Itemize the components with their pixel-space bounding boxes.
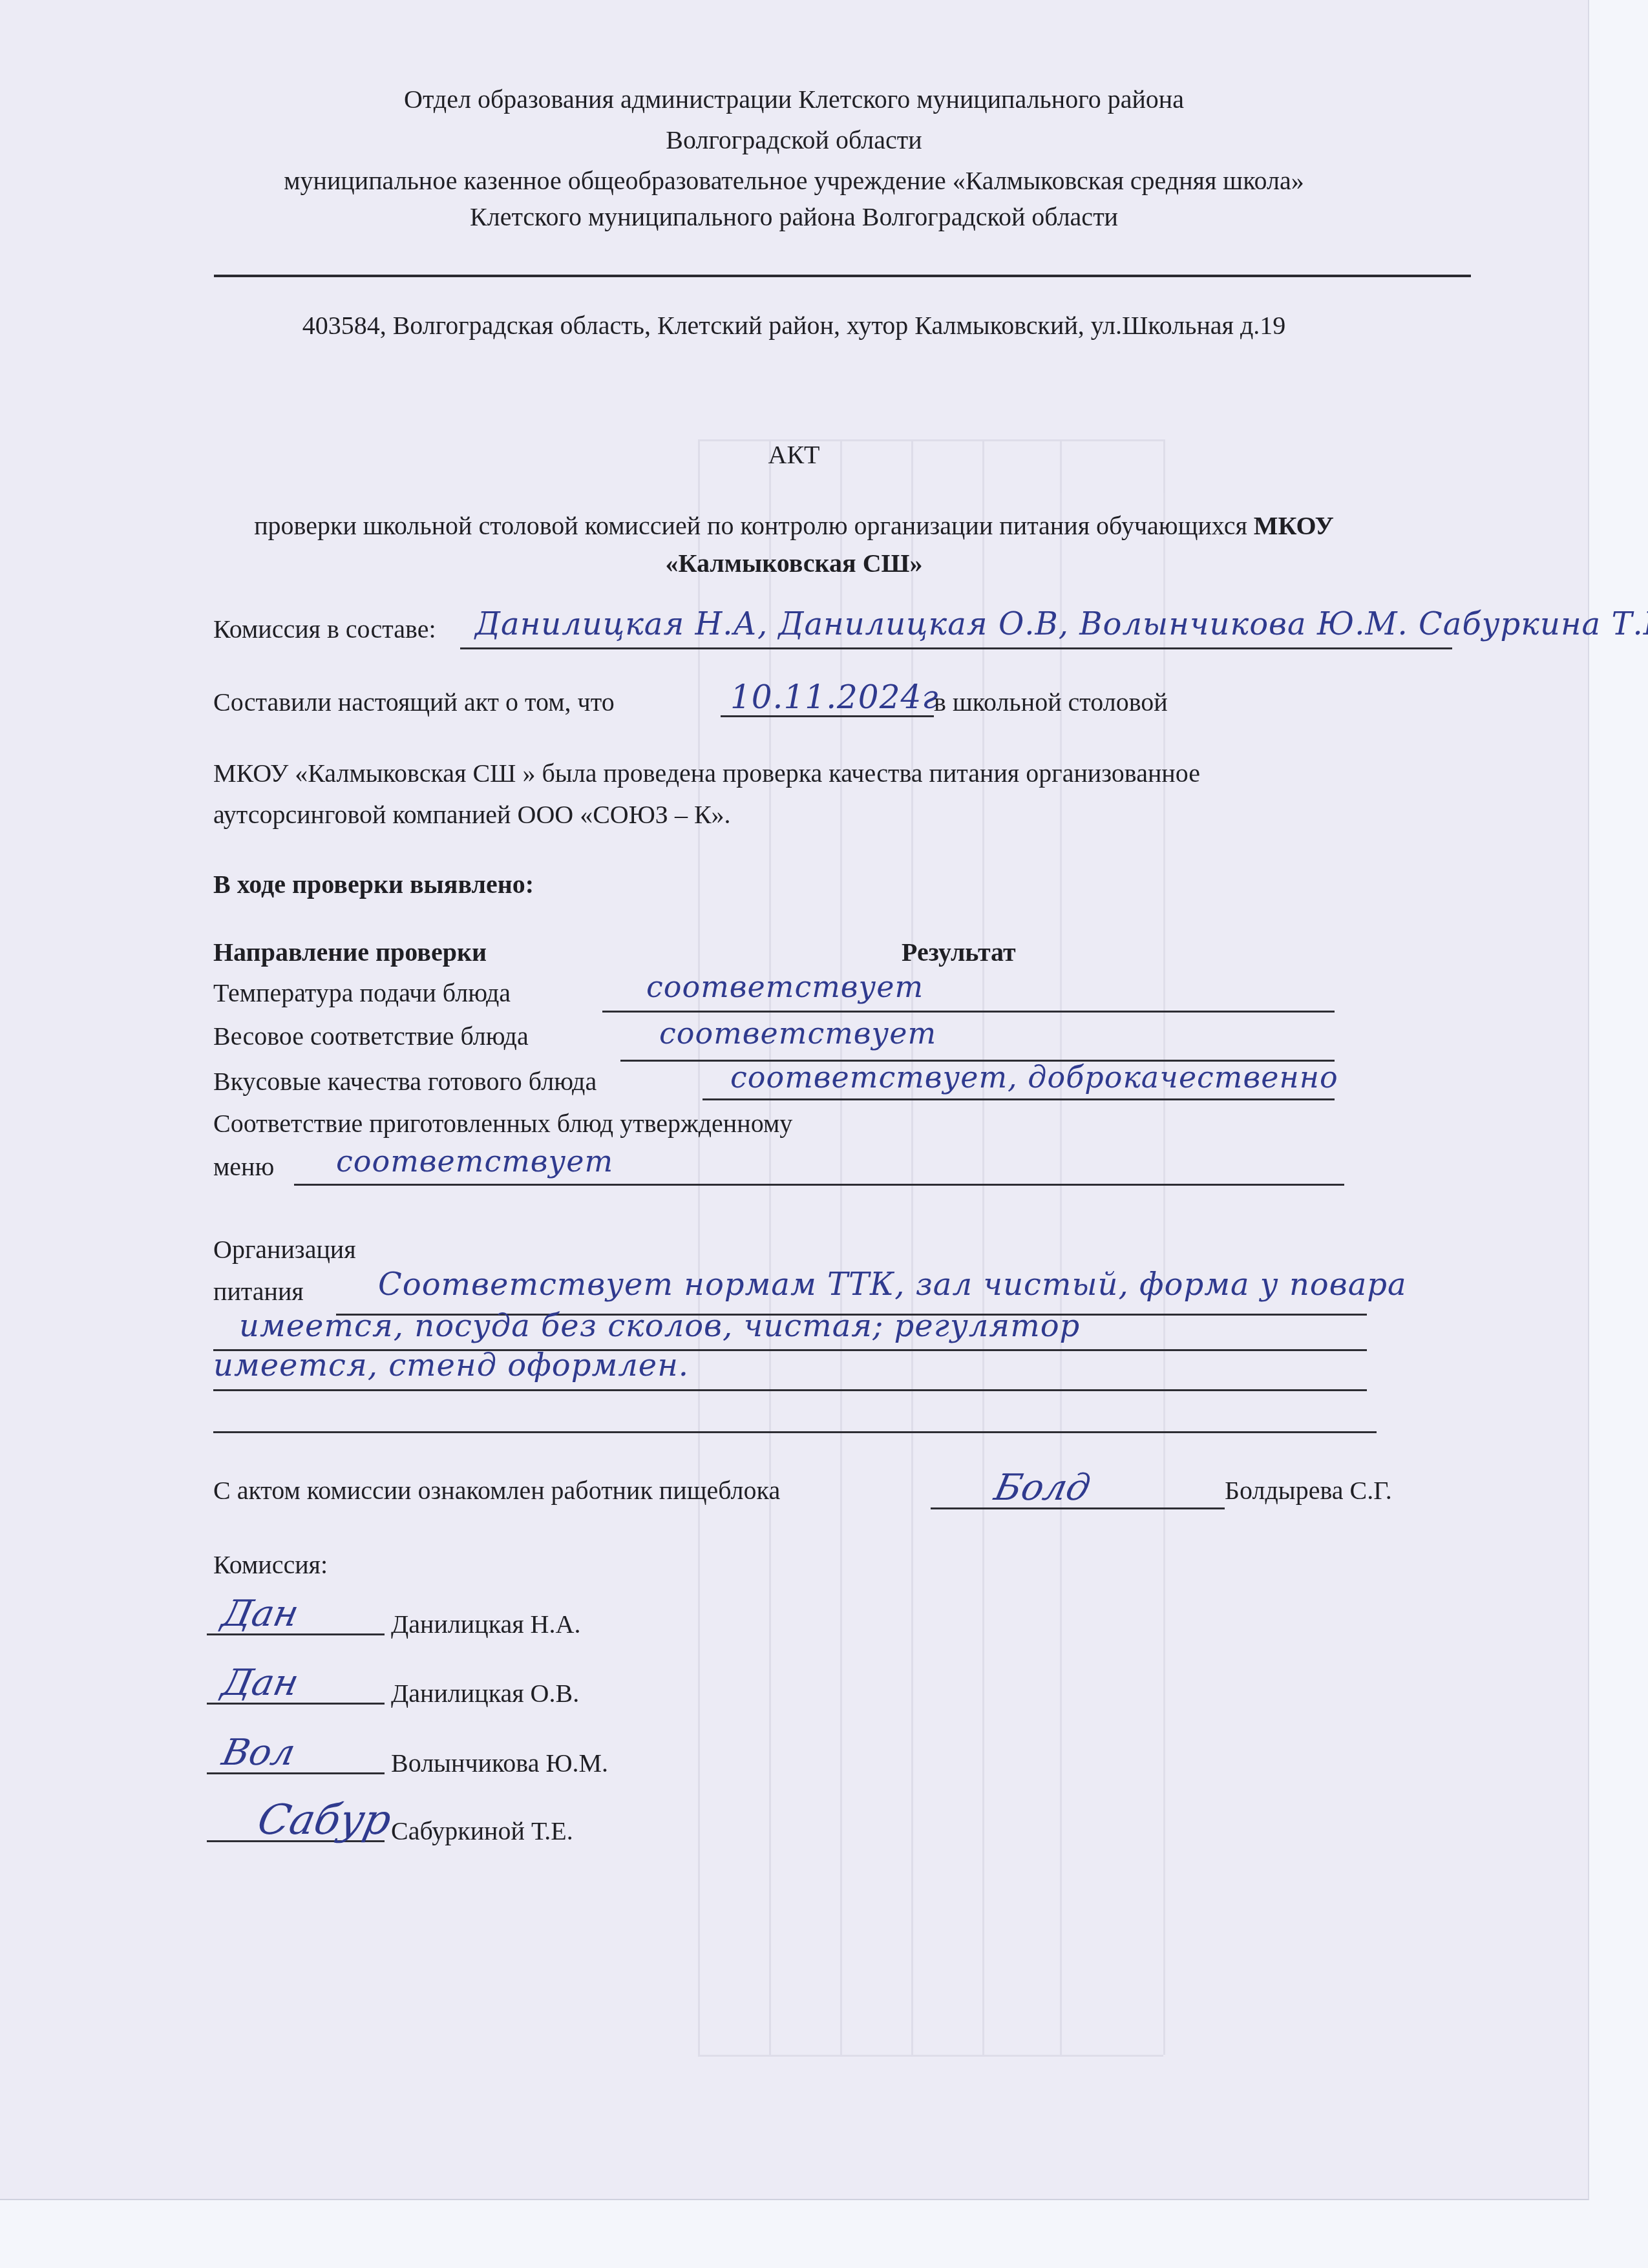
signatories-label: Комиссия: xyxy=(213,1549,328,1580)
check-label-menu: Соответствие приготовленных блюд утвержд… xyxy=(213,1108,792,1139)
header-address: 403584, Волгоградская область, Клетский … xyxy=(0,310,1588,341)
column-result: Результат xyxy=(902,937,1016,968)
commission-members-handwritten: Данилицкая Н.А, Данилицкая О.В, Волынчик… xyxy=(475,606,1648,642)
check-result-weight: соответствует xyxy=(659,1016,936,1051)
signatory-name-1: Данилицкая Н.А. xyxy=(391,1609,580,1640)
act-subtitle-school-name: «Калмыковская СШ» xyxy=(0,548,1588,579)
check-label-menu-cont: меню xyxy=(213,1151,274,1182)
acknowledgement-signature: Болд xyxy=(991,1467,1094,1509)
signature-2: Дан xyxy=(218,1662,302,1704)
organization-underline-3 xyxy=(213,1389,1367,1391)
check-label-temperature: Температура подачи блюда xyxy=(213,978,511,1009)
scanned-page: Отдел образования администрации Клетског… xyxy=(0,0,1589,2200)
check-label-organization: Организация xyxy=(213,1234,356,1265)
signatory-name-4: Сабуркиной Т.Е. xyxy=(391,1816,573,1847)
signatory-name-2: Данилицкая О.В. xyxy=(391,1678,579,1709)
check-underline-taste xyxy=(703,1098,1335,1100)
findings-heading: В ходе проверки выявлено: xyxy=(213,869,534,900)
check-label-weight: Весовое соответствие блюда xyxy=(213,1021,529,1052)
header-divider xyxy=(214,275,1471,277)
date-handwritten: 10.11.2024г xyxy=(730,678,939,716)
date-suffix: в школьной столовой xyxy=(934,687,1168,718)
check-underline-menu xyxy=(294,1184,1344,1186)
organization-result-line-2: имеется, посуда без сколов, чистая; регу… xyxy=(239,1308,1080,1344)
check-label-organization-cont: питания xyxy=(213,1276,304,1307)
header-department: Отдел образования администрации Клетског… xyxy=(0,84,1588,115)
acknowledgement-name: Болдырева С.Г. xyxy=(1225,1475,1392,1506)
check-result-menu: соответствует xyxy=(336,1144,613,1179)
organization-result-line-3: имеется, стенд оформлен. xyxy=(213,1347,689,1383)
act-heading: АКТ xyxy=(0,439,1588,470)
signature-3: Вол xyxy=(218,1732,299,1774)
act-subtitle: проверки школьной столовой комиссией по … xyxy=(0,510,1588,541)
column-direction: Направление проверки xyxy=(213,937,487,968)
acknowledgement-text: С актом комиссии ознакомлен работник пищ… xyxy=(213,1475,780,1506)
date-prefix: Составили настоящий акт о том, что xyxy=(213,687,615,718)
header-region: Волгоградской области xyxy=(0,125,1588,156)
organization-underline-4 xyxy=(213,1431,1377,1433)
check-result-temperature: соответствует xyxy=(646,969,924,1004)
act-subtitle-school: МКОУ xyxy=(1254,511,1334,540)
header-district: Клетского муниципального района Волгогра… xyxy=(0,202,1588,233)
signature-4: Сабур xyxy=(253,1796,396,1844)
intro-line-2: аутсорсинговой компанией ООО «СОЮЗ – К». xyxy=(213,799,731,830)
commission-underline xyxy=(460,647,1452,649)
intro-line-1: МКОУ «Калмыковская СШ » была проведена п… xyxy=(213,758,1200,789)
signature-1: Дан xyxy=(218,1593,302,1635)
header-institution: муниципальное казенное общеобразовательн… xyxy=(0,165,1588,196)
organization-result-line-1: Соответствует нормам ТТК, зал чистый, фо… xyxy=(378,1266,1407,1303)
check-label-taste: Вкусовые качества готового блюда xyxy=(213,1066,597,1097)
signatory-name-3: Волынчикова Ю.М. xyxy=(391,1748,608,1779)
check-underline-temperature xyxy=(602,1011,1335,1013)
act-subtitle-text: проверки школьной столовой комиссией по … xyxy=(254,511,1254,540)
check-result-taste: соответствует, доброкачественно xyxy=(730,1060,1338,1095)
commission-label: Комиссия в составе: xyxy=(213,614,436,645)
